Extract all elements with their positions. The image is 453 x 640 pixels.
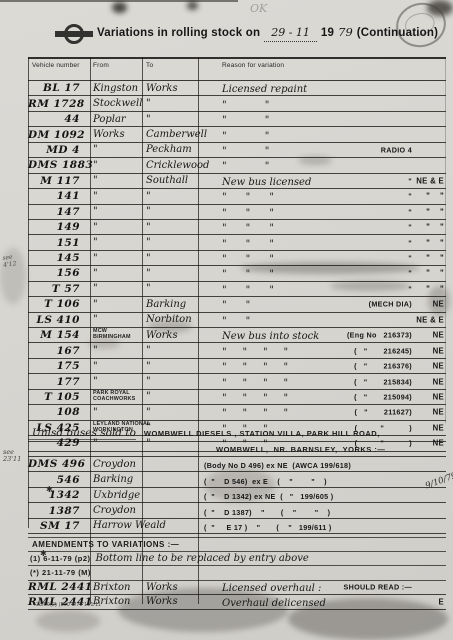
to-cell: " (142, 191, 198, 202)
reason-text: New bus into stock (222, 331, 319, 342)
from-cell: " (90, 253, 142, 264)
status-code: " " (426, 269, 444, 278)
from-cell: " (90, 283, 142, 294)
vehicle-number: DMS 1883 (28, 159, 90, 171)
margin-star-amendment: ✱ (40, 550, 47, 559)
reason-note: ( " 215834) (354, 377, 412, 386)
from-cell: " (90, 314, 142, 325)
vehicle-number: RML 2441 (28, 581, 90, 593)
to-cell: " (142, 237, 198, 248)
status-code: " " (426, 223, 444, 232)
vehicle-number: MD 4 (28, 144, 90, 156)
vehicle-number: BL 17 (28, 82, 90, 94)
reason-text: Overhaul delicensed (222, 598, 326, 609)
from-cell: Works (90, 129, 142, 140)
reason-text: " " " (222, 269, 274, 280)
london-transport-roundel-icon (55, 23, 93, 45)
from-cell: PARK ROYAL COACHWORKS (90, 391, 142, 403)
amendment-1-text: Bottom line to be replaced by entry abov… (96, 553, 309, 564)
vehicle-number: 145 (28, 252, 90, 264)
vehicle-number: T 106 (28, 298, 90, 310)
to-cell: Works (142, 582, 198, 593)
table-rule-vertical (445, 57, 446, 423)
vehicle-number: 149 (28, 221, 90, 233)
to-cell: Works (142, 330, 198, 341)
reason-note: ( " 215094) (354, 392, 412, 401)
to-cell: " (142, 283, 198, 294)
smudge (36, 610, 100, 632)
reason-note: " (408, 192, 412, 201)
vehicle-number: T 57 (28, 283, 90, 295)
reason-text: " " " (222, 223, 274, 234)
reason-text: " " (222, 316, 250, 327)
from-cell: " (90, 268, 142, 279)
to-cell: " (142, 391, 198, 402)
reason-cell: Overhaul delicensedE (198, 593, 446, 611)
vehicle-number: 177 (28, 376, 90, 388)
from-cell: " (90, 206, 142, 217)
margin-note-t57: see 4'12 (2, 254, 17, 269)
reason-text: " " " " (222, 378, 288, 389)
vehicle-number: 175 (28, 360, 90, 372)
from-cell: Poplar (90, 114, 142, 125)
reason-text: ( " D 1342) ex NE ( " 199/605 ) (204, 492, 333, 501)
pencil-scribble: OK (250, 2, 267, 15)
to-cell: Works (142, 83, 198, 94)
reason-note: ( " 211627) (355, 408, 412, 417)
to-cell: Cricklewood (142, 160, 198, 171)
reason-text: " " (222, 100, 269, 111)
status-code: NE (433, 362, 444, 371)
ink-blot (112, 2, 127, 13)
to-cell: " (142, 268, 198, 279)
reason-text: Licensed repaint (222, 84, 307, 95)
reason-note: (MECH DIA) (369, 300, 412, 309)
vehicle-number: 1387 (28, 505, 90, 517)
from-cell: " (90, 175, 142, 186)
to-cell: " (142, 222, 198, 233)
reason-text: ( " D 1387) " ( " " ) (204, 508, 330, 517)
status-code: NE (433, 408, 444, 417)
from-cell: Uxbridge (90, 490, 142, 501)
scanned-form-page: { "header": { "title": "Variations in ro… (0, 0, 453, 640)
sold-intro-printed-2: WOMBWELL, NR. BARNSLEY, YORKS :— (216, 445, 385, 454)
to-cell: " (142, 407, 198, 418)
table-rule-vertical (198, 57, 199, 604)
to-cell: " (142, 114, 198, 125)
form-header: Variations in rolling stock on 29 - 11 1… (55, 23, 447, 45)
to-cell: Camberwell (142, 129, 198, 140)
from-cell: " (90, 376, 142, 387)
year-prefix: 19 (321, 27, 334, 39)
from-cell: " (90, 144, 142, 155)
from-cell: MCW BIRMINGHAM (90, 329, 142, 341)
col-header-vehicle: Vehicle number (28, 59, 90, 69)
sold-intro-handwritten: Unlsd buses sold to (28, 427, 136, 440)
table-rule-vertical (142, 57, 143, 604)
to-cell: " (142, 376, 198, 387)
continuation-label: (Continuation) (357, 27, 438, 39)
from-cell: " (90, 345, 142, 356)
to-cell: " (142, 361, 198, 372)
reason-note: SHOULD READ :— (344, 583, 413, 592)
margin-note-dms496: see 23'11 (3, 449, 21, 463)
reason-text: " " (222, 131, 269, 142)
col-header-reason: Reason for variation (198, 59, 446, 69)
from-cell: " (90, 299, 142, 310)
reason-note: ( " 216245) (354, 346, 412, 355)
from-cell: Stockwell (90, 98, 142, 109)
status-code: " " (426, 238, 444, 247)
vehicle-number: 156 (28, 267, 90, 279)
to-cell: " (142, 206, 198, 217)
status-code: " " (426, 192, 444, 201)
amendment-1-date: (1) 6-11-79 (p2) (28, 554, 91, 563)
reason-note: " (408, 176, 412, 185)
vehicle-number: 141 (28, 190, 90, 202)
vehicle-number: 108 (28, 406, 90, 418)
reason-note: " (408, 238, 412, 247)
vehicle-number: RM 1728 (28, 98, 90, 110)
reason-note: ( " 216376) (354, 362, 412, 371)
from-cell: Kingston (90, 83, 142, 94)
reason-note: " (408, 254, 412, 263)
reason-text: " " (222, 146, 269, 157)
status-code: " " (426, 254, 444, 263)
reason-text: (Body No D 496) ex NE (AWCA 199/618) (204, 461, 351, 470)
reason-text: " " " (222, 208, 274, 219)
table-rule-vertical (90, 57, 91, 604)
reason-note: " (408, 207, 412, 216)
form-title: Variations in rolling stock on (97, 27, 260, 39)
vehicle-number: 167 (28, 345, 90, 357)
reason-text: " " " (222, 239, 274, 250)
status-code: " " (426, 207, 444, 216)
reason-text: " " " " (222, 347, 288, 358)
status-code: NE & E (416, 315, 444, 324)
reason-note: RADIO 4 (381, 145, 412, 154)
to-cell: Barking (142, 299, 198, 310)
status-code: NE (433, 392, 444, 401)
from-cell: " (90, 191, 142, 202)
reason-text: ( " D 546) ex E ( " " ) (204, 477, 327, 486)
status-code: E (438, 597, 444, 606)
reason-text: " " (222, 300, 250, 311)
to-cell: Works (142, 596, 198, 607)
from-cell: " (90, 361, 142, 372)
ink-blot (187, 1, 198, 10)
reason-text: " " " (222, 254, 274, 265)
reason-text: " " (222, 161, 269, 172)
from-cell: " (90, 160, 142, 171)
to-cell: Peckham (142, 144, 198, 155)
from-cell: " (90, 407, 142, 418)
status-code: NE (433, 300, 444, 309)
col-header-from: From (90, 59, 142, 69)
reason-note: " (408, 284, 412, 293)
from-cell: Croydon (90, 505, 142, 516)
to-cell: " (142, 345, 198, 356)
reason-text: " " " " (222, 362, 288, 373)
vehicle-number: 151 (28, 237, 90, 249)
reason-text: " " (222, 115, 269, 126)
vehicle-number: M 154 (28, 329, 90, 341)
scan-edge-mark (0, 0, 238, 2)
date-field: 29 - 11 (264, 23, 317, 42)
vehicle-number: LS 410 (28, 314, 90, 326)
vehicle-number: 546 (28, 474, 90, 486)
vehicle-number: 1342 (28, 489, 90, 501)
from-cell: Barking (90, 474, 142, 485)
sold-intro-printed: WOMBWELL DIESELS , STATION VILLA, PARK H… (144, 429, 380, 438)
reason-text: " " " " (222, 393, 288, 404)
from-cell: Brixton (90, 582, 142, 593)
table-rule-vertical (28, 57, 29, 528)
status-code: " " (426, 284, 444, 293)
from-cell: " (90, 237, 142, 248)
status-code: NE (433, 331, 444, 340)
reason-note: " (408, 223, 412, 232)
col-header-to: To (142, 59, 198, 69)
form-code: 438/59(2) (500 3/79 121/11 (33, 602, 101, 608)
status-code: NE & E (416, 176, 444, 185)
reason-note: (Eng No 216373) (347, 331, 412, 340)
margin-star-1342: ✱ (46, 486, 53, 495)
date-written: 29 - 11 (271, 26, 310, 39)
vehicle-number: DMS 496 (28, 458, 90, 470)
to-cell: Norbiton (142, 314, 198, 325)
reason-text: " " " (222, 192, 274, 203)
vehicle-number: M 117 (28, 175, 90, 187)
status-code: NE (433, 377, 444, 386)
vehicle-number: DM 1092 (28, 129, 90, 141)
reason-text: " " " " (222, 408, 288, 419)
amendment-2-date: (*) 21-11-79 (M) (28, 568, 91, 577)
amendments-title: AMENDMENTS TO VARIATIONS :— (28, 540, 179, 549)
status-code: NE (433, 346, 444, 355)
vehicle-number: T 105 (28, 391, 90, 403)
to-cell: " (142, 98, 198, 109)
vehicle-number: 44 (28, 113, 90, 125)
to-cell: " (142, 253, 198, 264)
to-cell: Southall (142, 175, 198, 186)
from-cell: " (90, 222, 142, 233)
reason-text: New bus licensed (222, 177, 311, 188)
year-written: 79 (338, 25, 353, 39)
reason-note: " (408, 269, 412, 278)
reason-text: " " " (222, 285, 274, 296)
from-cell: Croydon (90, 459, 142, 470)
vehicle-number: 147 (28, 206, 90, 218)
